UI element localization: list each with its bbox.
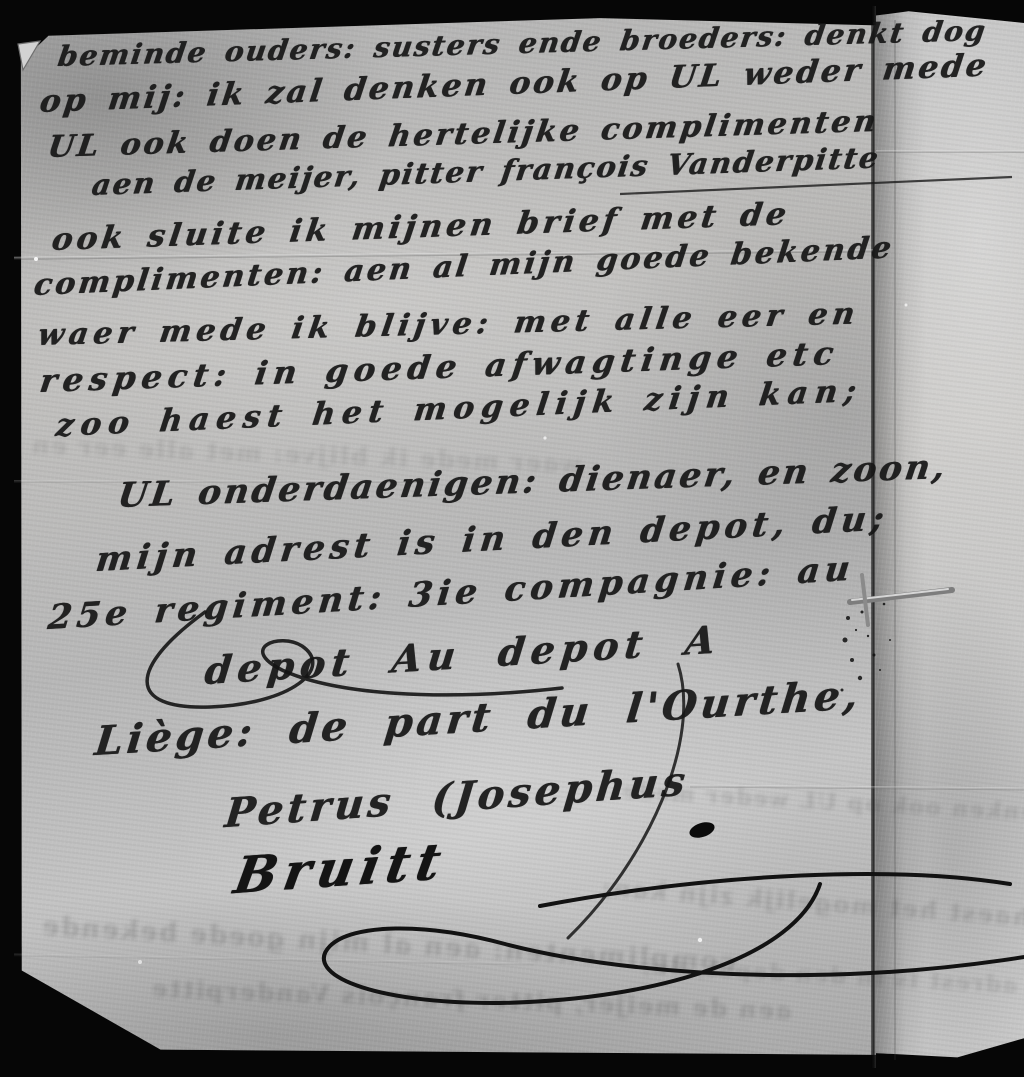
folded-page-flap xyxy=(876,6,1024,1068)
vertical-fold-line-faint xyxy=(894,20,896,1060)
paper-grain-texture xyxy=(876,6,1024,1068)
photograph-of-letter: complimenten: aen al mijn goede bekende … xyxy=(0,0,1024,1077)
